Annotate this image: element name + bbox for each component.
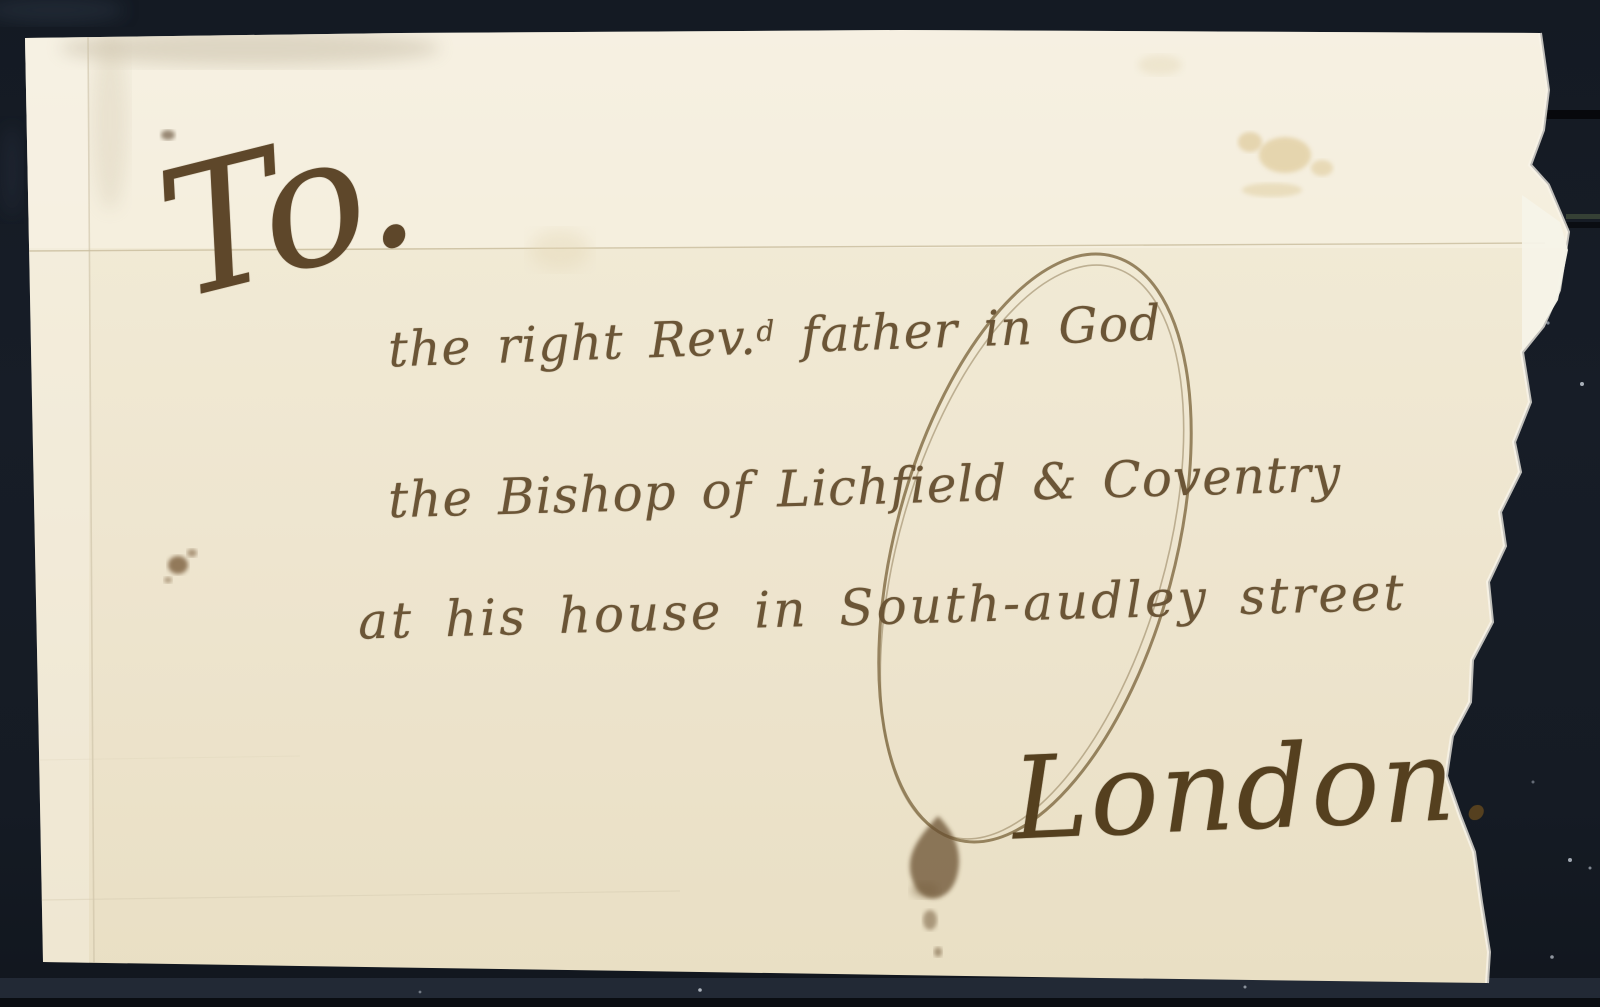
letter-sheet xyxy=(0,0,1600,1007)
left-fold-strip xyxy=(25,30,89,970)
paper-sheet xyxy=(0,0,1600,983)
photo-stage: To. the right Rev.d father in God the Bi… xyxy=(0,0,1600,1007)
